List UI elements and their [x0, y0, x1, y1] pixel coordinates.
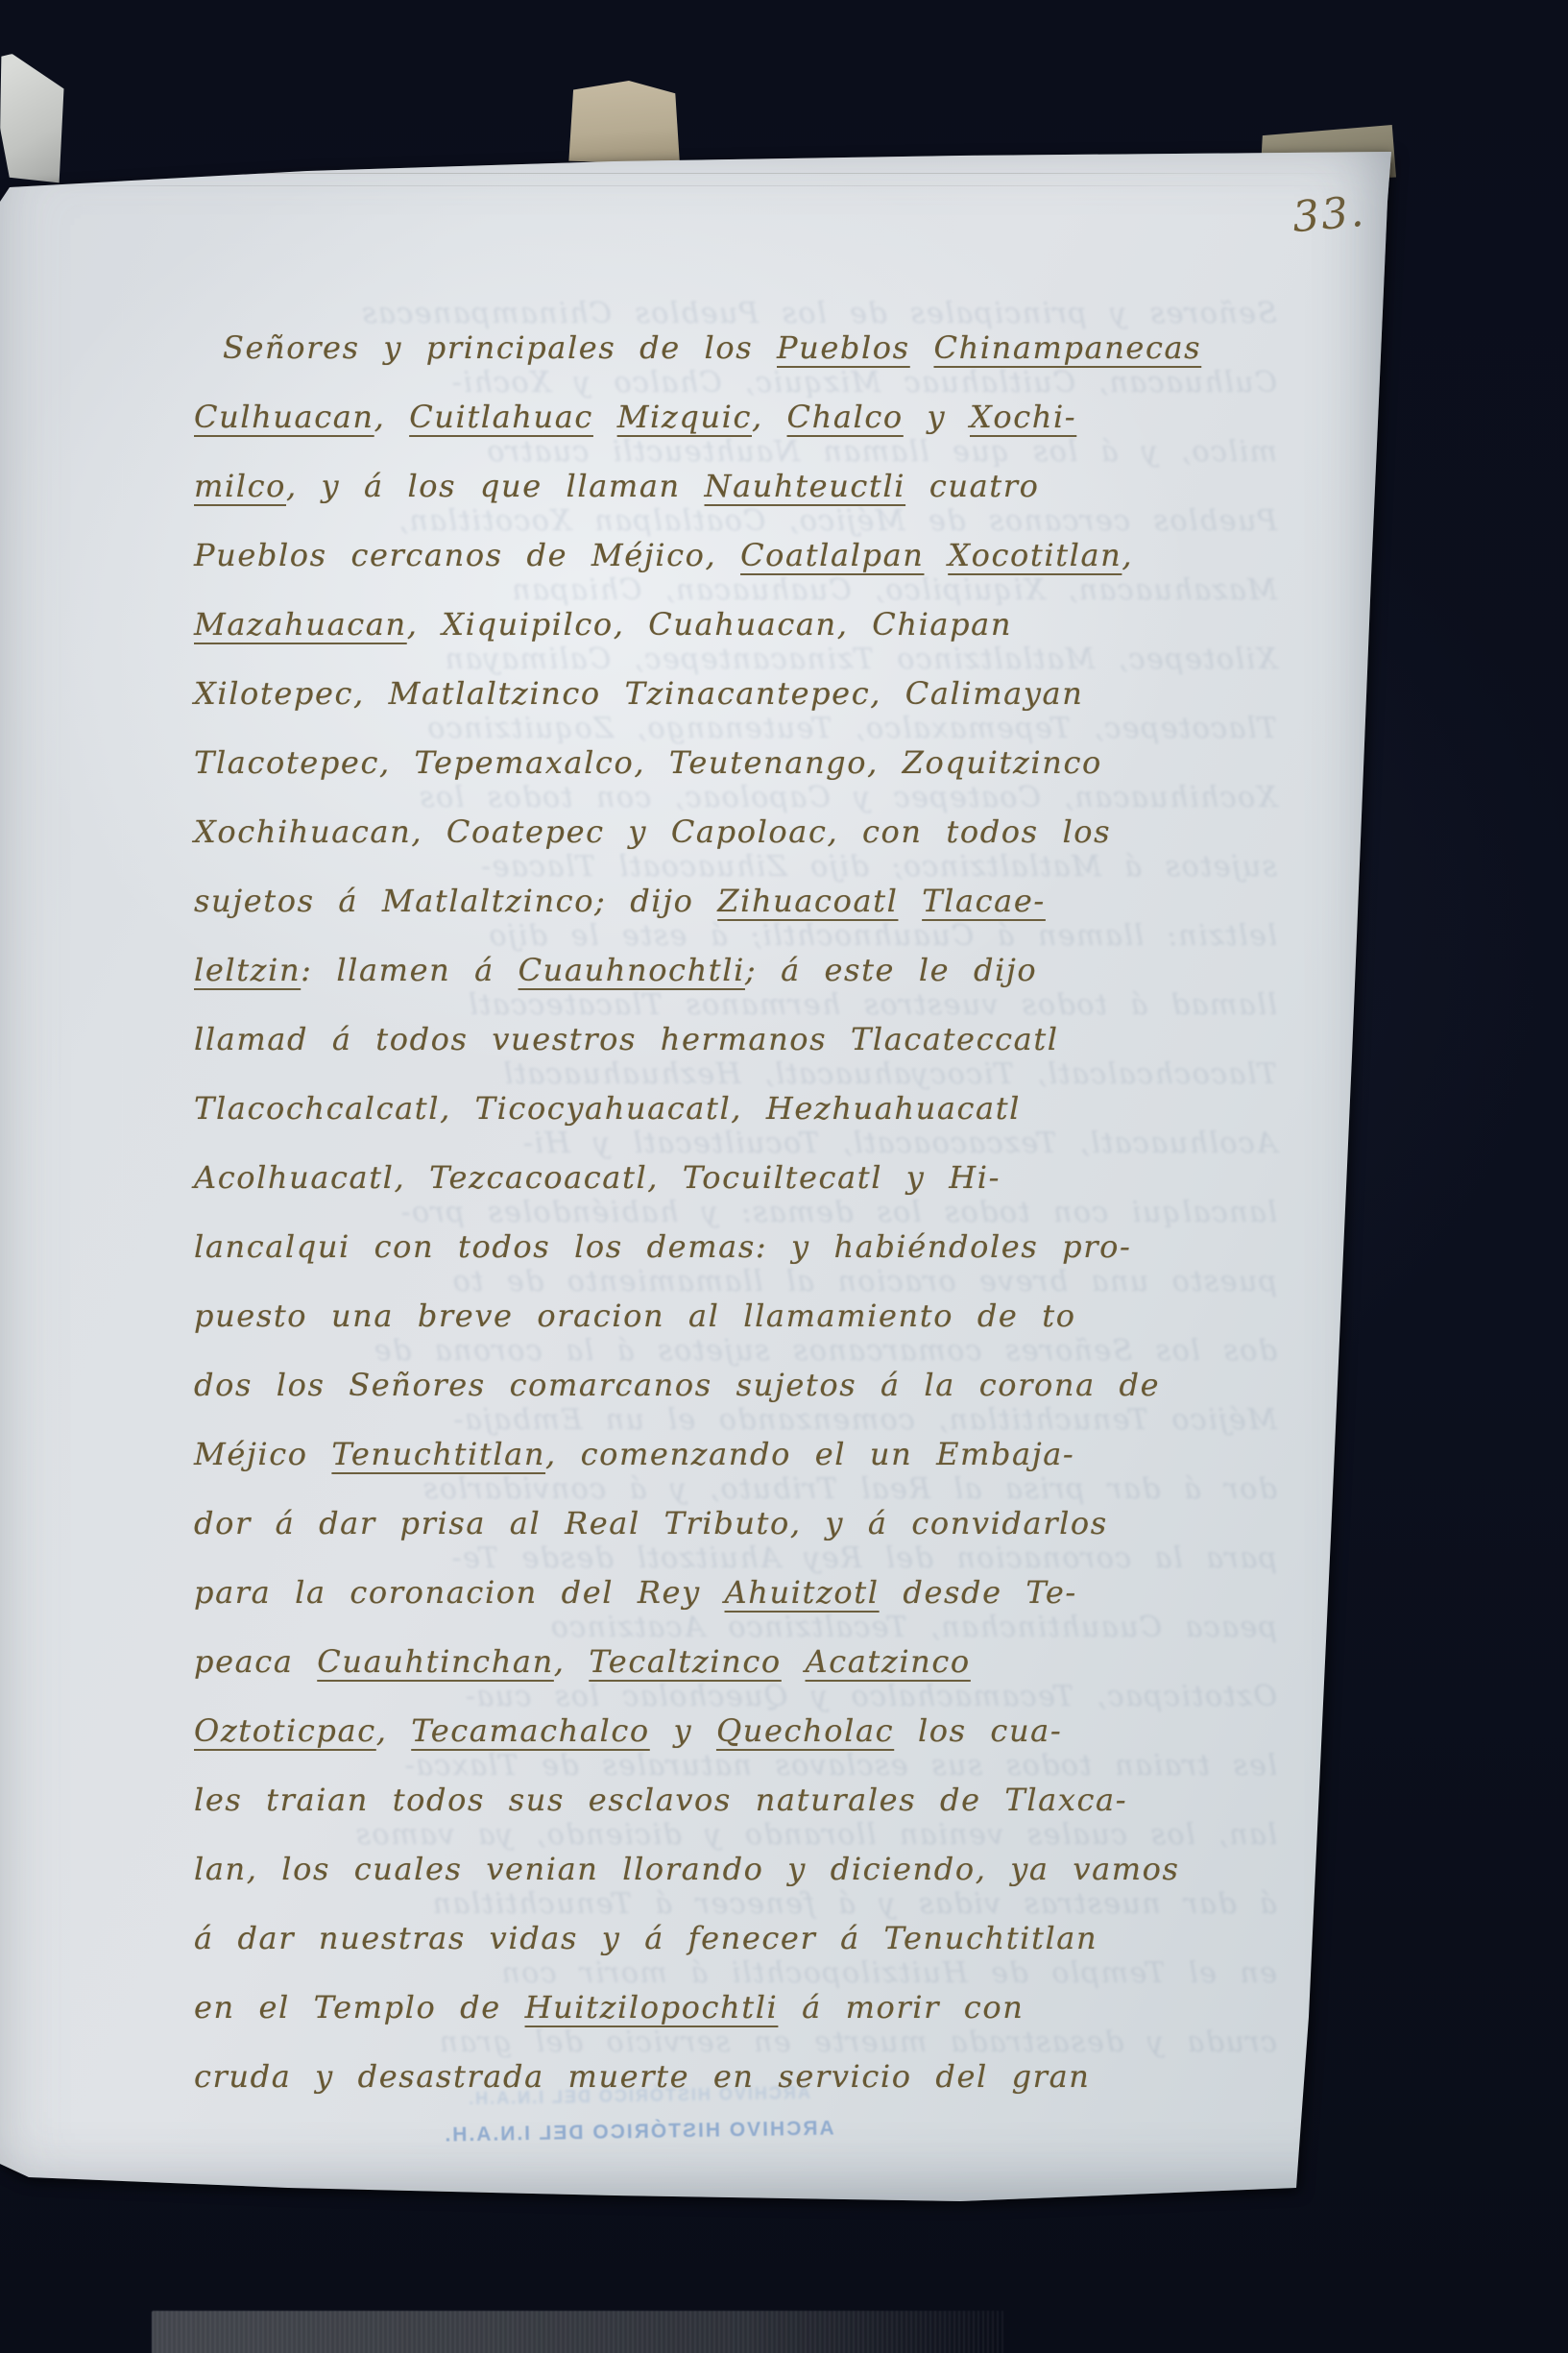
- manuscript-page: 33. Señores y principales de los Pueblos…: [0, 144, 1402, 2214]
- manuscript-line: Méjico Tenuchtitlan, comenzando el un Em…: [194, 1419, 1289, 1489]
- manuscript-line: Oztoticpac, Tecamachalco y Quecholac los…: [194, 1696, 1289, 1765]
- archive-stamp: ARCHIVO HISTÓRICO DEL I.N.A.H.: [384, 2116, 893, 2147]
- manuscript-line: dor á dar prisa al Real Tributo, y á con…: [194, 1489, 1289, 1558]
- manuscript-line: Tlacotepec, Tepemaxalco, Teutenango, Zoq…: [194, 728, 1289, 797]
- manuscript-line: les traian todos sus esclavos naturales …: [194, 1765, 1289, 1834]
- handwritten-text-block: Señores y principales de los Pueblos Chi…: [194, 313, 1289, 2111]
- manuscript-line: Acolhuacatl, Tezcacoacatl, Tocuiltecatl …: [194, 1143, 1289, 1212]
- manuscript-line: Pueblos cercanos de Méjico, Coatlalpan X…: [194, 521, 1289, 590]
- manuscript-line: Culhuacan, Cuitlahuac Mizquic, Chalco y …: [194, 382, 1289, 451]
- manuscript-line: dos los Señores comarcanos sujetos á la …: [194, 1350, 1289, 1419]
- manuscript-line: en el Templo de Huitzilopochtli á morir …: [194, 1973, 1289, 2042]
- manuscript-line: sujetos á Matlaltzinco; dijo Zihuacoatl …: [194, 866, 1289, 935]
- page-number: 33.: [1291, 187, 1367, 242]
- page-paper: 33. Señores y principales de los Pueblos…: [0, 144, 1402, 2214]
- manuscript-line: leltzin: llamen á Cuauhnochtli; á este l…: [194, 935, 1289, 1005]
- manuscript-line: Xilotepec, Matlaltzinco Tzinacantepec, C…: [194, 659, 1289, 728]
- fabric-strip: [152, 2311, 1006, 2353]
- manuscript-line: para la coronacion del Rey Ahuitzotl des…: [194, 1558, 1289, 1627]
- paper-crease: [29, 185, 1354, 186]
- manuscript-line: llamad á todos vuestros hermanos Tlacate…: [194, 1005, 1289, 1074]
- manuscript-line: lan, los cuales venian llorando y dicien…: [194, 1834, 1289, 1904]
- manuscript-line: Tlacochcalcatl, Ticocyahuacatl, Hezhuahu…: [194, 1074, 1289, 1143]
- manuscript-line: á dar nuestras vidas y á fenecer á Tenuc…: [194, 1904, 1289, 1973]
- manuscript-line: puesto una breve oracion al llamamiento …: [194, 1281, 1289, 1350]
- manuscript-photo: 33. Señores y principales de los Pueblos…: [0, 0, 1568, 2353]
- manuscript-line: Xochihuacan, Coatepec y Capoloac, con to…: [194, 797, 1289, 866]
- manuscript-line: milco, y á los que llaman Nauhteuctli cu…: [194, 451, 1289, 521]
- manuscript-line: lancalqui con todos los demas: y habiénd…: [194, 1212, 1289, 1281]
- manuscript-line: Mazahuacan, Xiquipilco, Cuahuacan, Chiap…: [194, 590, 1289, 659]
- paper-crease: [29, 173, 1354, 174]
- manuscript-line: Señores y principales de los Pueblos Chi…: [194, 313, 1289, 382]
- manuscript-line: peaca Cuauhtinchan, Tecaltzinco Acatzinc…: [194, 1627, 1289, 1696]
